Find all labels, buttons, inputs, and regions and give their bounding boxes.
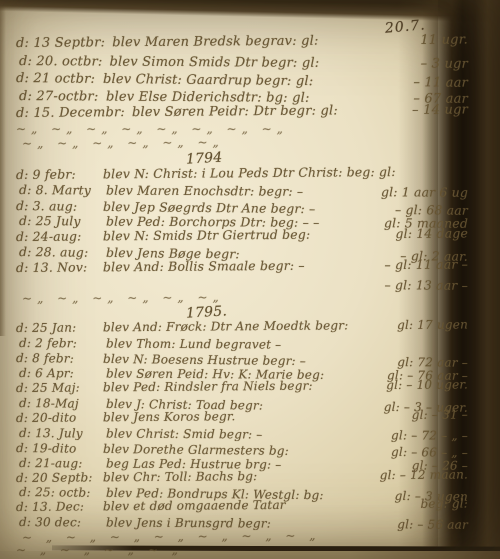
entry-spacer	[315, 213, 387, 214]
register-section: d: 9 febr:blev N: Christ: i Lou Peds Dtr…	[16, 167, 468, 305]
entry-age: gl: – 31 –	[412, 407, 468, 422]
register-entry: d: 20-ditoblev Jens Koros begr.gl: – 31 …	[16, 407, 468, 425]
entry-date: d: 13. Nov:	[16, 259, 96, 275]
entry-text: blev Christ: Smid begr: –	[106, 426, 263, 442]
entry-date: d: 21-aug:	[19, 456, 99, 471]
entry-age: – 14 ugr	[412, 102, 468, 120]
entry-date: d: 6 Apr:	[19, 366, 99, 381]
entry-date: d: 20. octbr:	[19, 53, 103, 71]
entry-text: blev Simon Smids Dtr begr: gl:	[109, 53, 319, 72]
entry-spacer	[338, 114, 404, 115]
entry-text: blev And: Frøck: Dtr Ane Moedtk begr:	[103, 319, 349, 336]
entry-text: blev Jens Koros begr.	[103, 409, 236, 425]
register-entry: d: 9 febr:blev N: Christ: i Lou Peds Dtr…	[16, 163, 468, 182]
entry-spacer	[263, 438, 384, 439]
register-entry: d: 24-aug:blev N: Smids Dtr Giertrud beg…	[16, 225, 468, 244]
entry-age: gl: 14 dage	[395, 225, 468, 241]
entry-date: d: 24-aug:	[16, 228, 96, 244]
entry-text: blev Thom: Lund begravet –	[106, 337, 281, 353]
entry-spacer	[289, 455, 383, 456]
entry-spacer	[257, 479, 371, 480]
entry-age: – 3 ugr	[421, 55, 468, 73]
entry-spacer	[305, 269, 377, 270]
register-entry: d: 25 Maj:blev Ped: Rindsler fra Niels b…	[16, 378, 468, 396]
entry-date: d: 13. Dec:	[16, 500, 96, 516]
entry-date: d: 25 Jan:	[16, 321, 96, 337]
entry-date: d: 2 febr:	[19, 336, 99, 351]
entry-date: d: 18-Maj	[19, 396, 99, 412]
register-entry: d: 13 Septbr:blev Maren Bredsk begrav: g…	[16, 31, 468, 52]
entry-text: blev Ped: Rindsler fra Niels begr:	[103, 379, 313, 396]
entry-spacer	[396, 175, 460, 176]
entry-date: d: 30 dec:	[19, 515, 99, 530]
entry-date: d: 9 febr:	[16, 166, 96, 182]
entry-age: gl: 17 ugen	[397, 318, 468, 333]
entry-text: blev Maren Bredsk begrav: gl:	[112, 33, 319, 52]
entry-date: d: 8 febr:	[16, 351, 96, 367]
page-left-edge	[0, 6, 6, 336]
entry-spacer	[310, 238, 387, 239]
entry-age: beg: gl:	[420, 497, 468, 512]
register-entry: d: 13. Nov:blev And: Bollis Smaale begr:…	[16, 256, 468, 275]
register-section: d: 25 Jan:blev And: Frøck: Dtr Ane Moedt…	[16, 321, 468, 557]
entry-date: d: 3. aug:	[16, 198, 96, 214]
entry-spacer	[236, 419, 404, 420]
entry-spacer	[313, 85, 405, 86]
manuscript-photo: 20.7. d: 13 Septbr:blev Maren Bredsk beg…	[0, 0, 500, 559]
entry-date: d: 25 July	[19, 213, 99, 229]
entry-text: blev And: Bollis Smaale begr: –	[103, 258, 305, 275]
entry-age: gl: – 72 – „ –	[391, 428, 468, 443]
entry-date: d: 13. July	[19, 426, 99, 441]
entry-date: d: 13 Septbr:	[16, 34, 105, 52]
entry-spacer	[319, 44, 413, 45]
entry-date: d: 8. Marty	[19, 182, 99, 198]
entry-text: blev Maren Enochsdtr: begr: –	[106, 183, 303, 200]
entry-date: d: 15. Decembr:	[16, 105, 125, 123]
entry-text: blev Chr: Toll: Bachs bg:	[103, 469, 257, 485]
entry-spacer	[281, 349, 460, 350]
entry-spacer	[286, 508, 413, 509]
entry-spacer	[306, 365, 389, 366]
register-entry: d: 13. Dec:blev et død omgaaende Tatarbe…	[16, 497, 468, 515]
entry-age: gl: – 12 maan.	[380, 467, 468, 483]
entry-text: blev et død omgaaende Tatar	[103, 498, 286, 514]
register-entry: d: 15. Decembr:blev Søren Peidr: Dtr beg…	[16, 102, 468, 123]
register-section: d: 13 Septbr:blev Maren Bredsk begrav: g…	[16, 35, 468, 150]
entry-date: d: 20-dito	[16, 410, 96, 426]
entry-age: – gl: 11 aar –	[384, 256, 468, 272]
entry-date: d: 19-dito	[16, 441, 96, 457]
flourish-line: ∼ „ ∼ „ ∼ „ ∼ „	[16, 544, 468, 558]
register-entry: d: 25 Jan:blev And: Frøck: Dtr Ane Moedt…	[16, 318, 468, 336]
entry-date: d: 20 Septb:	[16, 470, 96, 486]
register-entry: d: 20 Septb:blev Chr: Toll: Bachs bg:gl:…	[16, 467, 468, 485]
entry-text: blev N: Smids Dtr Giertrud beg:	[103, 227, 310, 244]
entry-date: d: 27-octbr:	[19, 88, 99, 106]
entry-age: gl: 1 aar 6 ug	[381, 185, 468, 201]
entry-date: d: 21 octbr:	[16, 70, 96, 88]
entry-text: blev N: Christ: i Lou Peds Dtr Christ: b…	[103, 164, 396, 182]
entry-age: 11 ugr.	[420, 31, 468, 49]
entry-date: d: 25 Maj:	[16, 380, 96, 396]
entry-date: d: 28. aug:	[19, 244, 99, 260]
entry-spacer	[313, 389, 378, 390]
register-sections: d: 13 Septbr:blev Maren Bredsk begrav: g…	[16, 35, 468, 557]
entry-text: blev Søren Peidr: Dtr begr: gl:	[132, 103, 338, 122]
entry-spacer	[319, 66, 412, 67]
entry-age: gl: – 10 uger.	[386, 378, 468, 394]
